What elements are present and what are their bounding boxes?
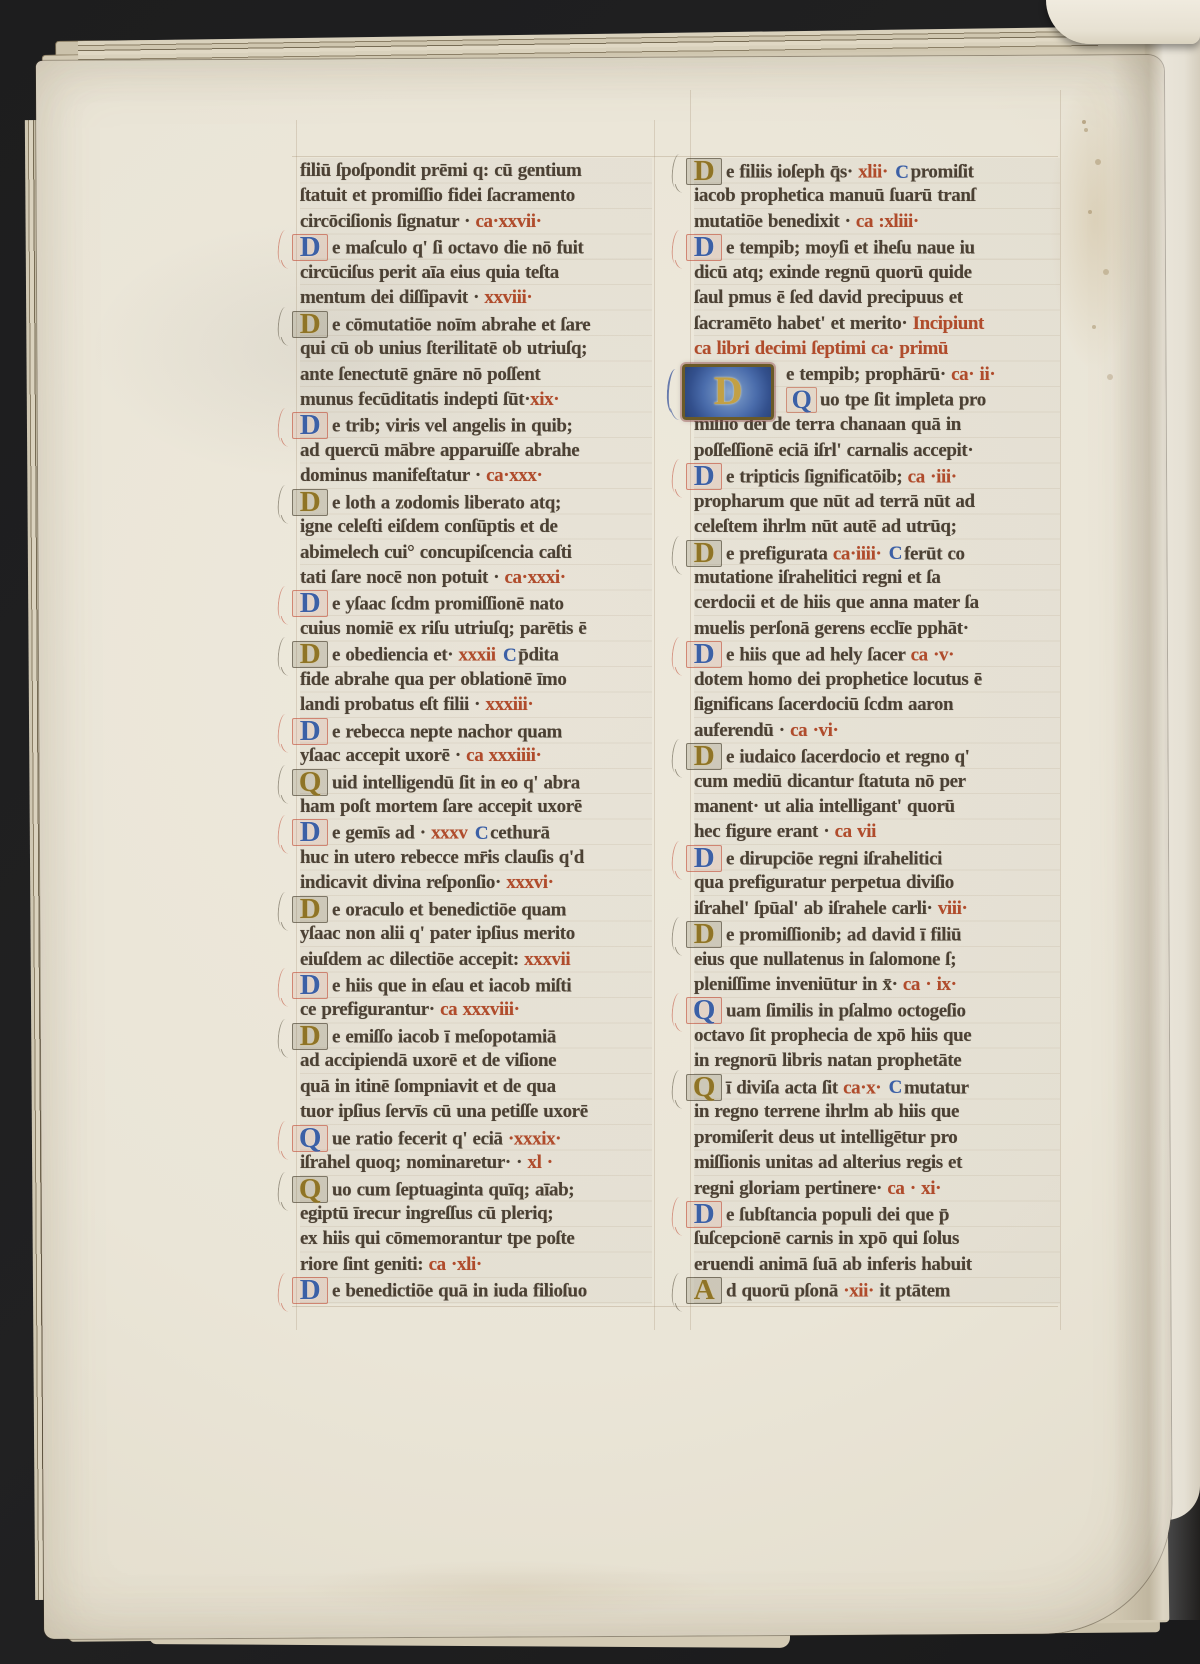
latin-text-run: ex hiis qui cōmemorantur tpe poſte [300,1228,574,1249]
manuscript-line: De rebecca nepte nachor quam [300,718,652,743]
chapter-number-rubric: ca xxxviii· [440,999,519,1020]
illuminated-initial: D [686,1201,722,1228]
latin-text-run: uo tpe ſit impleta pro [820,389,986,410]
manuscript-line: iſrahel' ſpūal' ab iſrahele carli· viii· [694,896,1060,921]
manuscript-line: De maſculo q' ſi octavo die nō fuit [300,234,652,259]
manuscript-line: mutatiōe benedixit · ca :xliii· [694,209,1060,234]
latin-text-run: promiſit [911,162,974,183]
chapter-number-rubric: ca ·iii· [908,467,957,488]
manuscript-line: Qī diviſa acta ſit ca·x· Cmutatur [694,1074,1060,1099]
manuscript-line: circūciſus perit aīa eius quia teſta [300,260,652,285]
latin-text-run: e yſaac ſcdm promiſſionē nato [332,594,564,615]
illuminated-initial: Q [292,769,328,796]
latin-text-run: ante ſenectutē gnāre nō poſſent [300,364,540,385]
chapter-number-rubric: xxxiii· [485,694,533,715]
latin-text-run: eius que nullatenus in ſalomone ſ; [694,949,956,970]
latin-text-run: tuor ipſius ſervīs cū una petiſſe uxorē [300,1101,588,1122]
chapter-number-rubric: xxxvii [524,949,570,970]
manuscript-line: De tempib; prophārū· ca· ii· [694,362,1060,387]
manuscript-line: ce prefigurantur· ca xxxviii· [300,997,652,1022]
text-column-left: filiū ſpoſpondit prēmi q: cū gentiumſtat… [300,158,652,1304]
latin-text-run: e maſculo q' ſi octavo die nō fuit [332,238,583,259]
gutter-fold-shadow [1112,0,1200,1620]
manuscript-line: yſaac accepit uxorē · ca xxxiiii· [300,743,652,768]
manuscript-line: ſacramēto habet' et merito· Incipiunt [694,311,1060,336]
latin-text-run: iſrahel' ſpūal' ab iſrahele carli· [694,898,938,919]
latin-text-run: cum mediū dicantur ſtatuta nō per [694,771,966,792]
chapter-number-rubric: ca ·vi· [790,720,838,741]
latin-text-run: e cōmutatiōe noīm abrahe et ſare [332,314,590,335]
manuscript-line: De trib; viris vel angelis in quib; [300,412,652,437]
latin-text-run: it ptātem [879,1281,950,1302]
chapter-number-rubric: Incipiunt [913,313,984,334]
latin-text-run: cethurā [490,823,549,844]
text-column-right: De filiis ioſeph q̄s· xlii· Cpromiſitiac… [694,158,1060,1304]
manuscript-line: eius que nullatenus in ſalomone ſ; [694,947,1060,972]
illuminated-initial: A [686,1277,722,1304]
chapter-number-rubric: xxxv [431,823,473,844]
latin-text-run: filiū ſpoſpondit prēmi q: cū gentium [300,160,581,181]
latin-text-run: eruendi animā ſuā ab inferis habuit [694,1254,972,1275]
manuscript-line: De emiſſo iacob ī meſopotamiā [300,1023,652,1048]
manuscript-line: igne celeſti eiſdem conſūptis et de [300,514,652,539]
manuscript-line: in regnorū libris natan prophetāte [694,1048,1060,1073]
manuscript-line: De prefigurata ca·iiii· Cferūt co [694,540,1060,565]
latin-text-run: fide abrahe qua per oblationē īmo [300,669,566,690]
latin-text-run: auferendū · [694,720,790,741]
latin-text-run: quā in itinē ſompniavit et de qua [300,1076,556,1097]
chapter-number-rubric: ca ·v· [911,645,954,666]
latin-text-run: uam ſimilis in pſalmo octogeſio [726,1001,966,1022]
latin-text-run: manent· ut alia intelligant' quorū [694,796,955,817]
latin-text-run: hec figure erant · [694,821,835,842]
latin-text-run: e trib; viris vel angelis in quib; [332,416,572,437]
latin-text-run: yſaac non alii q' pater ipſius merito [300,923,575,944]
manuscript-line: tuor ipſius ſervīs cū una petiſſe uxorē [300,1099,652,1124]
manuscript-line: iſrahel quoq; nominaretur· · xl · [300,1150,652,1175]
latin-text-run: ſignificans ſacerdociū ſcdm aaron [694,694,953,715]
manuscript-line: De hiis que ad hely ſacer ca ·v· [694,641,1060,666]
manuscript-line: poſſeſſionē eciā iſrl' carnalis accepit· [694,438,1060,463]
manuscript-line: eiuſdem ac dilectiōe accepit: xxxvii [300,947,652,972]
manuscript-line: miſſionis unitas ad alterius regis et [694,1150,1060,1175]
latin-text-run: e rebecca nepte nachor quam [332,721,562,742]
chapter-number-rubric: xxxvi· [506,872,553,893]
latin-text-run: abimelech cui° concupiſcencia caſti [300,542,572,563]
illuminated-initial: D [292,972,328,999]
illuminated-initial: D [686,743,722,770]
latin-text-run: p̄dita [518,645,558,666]
illuminated-initial: D [686,158,722,185]
paraph-mark: C [889,543,902,564]
manuscript-line: yſaac non alii q' pater ipſius merito [300,921,652,946]
latin-text-run: yſaac accepit uxorē · [300,745,466,766]
illuminated-initial: D [682,364,774,420]
chapter-number-rubric: ·xxxix· [508,1128,561,1149]
latin-text-run: dotem homo dei prophetice locutus ē [694,669,982,690]
manuscript-line: egiptū īrecur ingreſſus cū pleriq; [300,1201,652,1226]
latin-text-run: ferūt co [904,543,965,564]
latin-text-run: mentum dei diſſipavit · [300,287,484,308]
latin-text-run: in regnorū libris natan prophetāte [694,1050,961,1071]
latin-text-run: ue ratio fecerit q' eciā [332,1128,508,1149]
illuminated-initial: D [292,489,328,516]
manuscript-line: mentum dei diſſipavit · xxviii· [300,285,652,310]
latin-text-run: e tripticis ſignificatōib; [726,467,908,488]
manuscript-line: Quo cum ſeptuaginta quīq; aīab; [300,1176,652,1201]
latin-text-run: egiptū īrecur ingreſſus cū pleriq; [300,1203,553,1224]
manuscript-line: De dirupciōe regni iſrahelitici [694,845,1060,870]
manuscript-line: ham poſt mortem ſare accepit uxorē [300,794,652,819]
manuscript-line: dicū atq; exinde regnū quorū quide [694,260,1060,285]
manuscript-line: De tripticis ſignificatōib; ca ·iii· [694,463,1060,488]
latin-text-run: mutatiōe benedixit · [694,211,856,232]
manuscript-line: De loth a zodomis liberato atq; [300,489,652,514]
latin-text-run: cerdocii et de hiis que anna mater ſa [694,592,979,613]
chapter-number-rubric: ca libri decimi ſeptimi ca· primū [694,338,948,359]
illuminated-initial: Q [292,1125,328,1152]
manuscript-line: landi probatus eſt filii · xxxiii· [300,692,652,717]
illuminated-initial: D [292,896,328,923]
manuscript-line: De cōmutatiōe noīm abrahe et ſare [300,311,652,336]
latin-text-run: ſacramēto habet' et merito· [694,313,913,334]
manuscript-line: ſaul pmus ē ſed david precipuus et [694,285,1060,310]
manuscript-line: De obediencia et· xxxii Cp̄dita [300,641,652,666]
chapter-number-rubric: ca·xxx· [486,465,542,486]
manuscript-line: De tempib; moyſi et iheſu naue iu [694,234,1060,259]
paraph-mark: C [503,645,516,666]
latin-text-run: iſrahel quoq; nominaretur· · [300,1152,527,1173]
latin-text-run: munus fecūditatis indepti ſūt· [300,389,530,410]
latin-text-run: mutatur [904,1077,969,1098]
latin-text-run: e loth a zodomis liberato atq; [332,492,561,513]
latin-text-run: pleniſſime inveniūtur in x̄· [694,974,903,995]
illuminated-initial: D [686,540,722,567]
illuminated-initial: D [292,641,328,668]
inline-initial: Q [786,387,817,413]
latin-text-run: octavo ſit prophecia de xpō hiis que [694,1025,971,1046]
manuscript-line: Quid intelligendū ſit in eo q' abra [300,769,652,794]
illuminated-initial: Q [292,1176,328,1203]
latin-text-run: e gemīs ad · [332,823,431,844]
manuscript-line: circōciſionis ſignatur · ca·xxvii· [300,209,652,234]
latin-text-run: e obediencia et· [332,645,459,666]
manuscript-line: regni gloriam pertinere· ca · xi· [694,1176,1060,1201]
manuscript-line: filiū ſpoſpondit prēmi q: cū gentium [300,158,652,183]
latin-text-run: e tempib; prophārū· [786,364,951,385]
manuscript-line: tati ſare nocē non potuit · ca·xxxi· [300,565,652,590]
illuminated-initial: D [686,463,722,490]
manuscript-line: hec figure erant · ca vii [694,819,1060,844]
latin-text-run: ce prefigurantur· [300,999,440,1020]
manuscript-line: qua prefiguratur perpetua diviſio [694,870,1060,895]
latin-text-run: indicavit divina reſponſio· [300,872,506,893]
manuscript-line: propharum que nūt ad terrā nūt ad [694,489,1060,514]
latin-text-run: mutatione iſrahelitici regni et ſa [694,567,941,588]
paraph-mark: C [895,162,908,183]
manuscript-line: huc in utero rebecce mr̄is clauſis q'd [300,845,652,870]
chapter-number-rubric: xxxii [459,645,501,666]
manuscript-line: quā in itinē ſompniavit et de qua [300,1074,652,1099]
manuscript-line: manent· ut alia intelligant' quorū [694,794,1060,819]
paraph-mark: C [889,1077,902,1098]
manuscript-line: ad accipiendā uxorē et de viſione [300,1048,652,1073]
latin-text-run: iacob prophetica manuū ſuarū tranſ [694,185,975,206]
latin-text-run: muelis perſonā gerens ecclīe pphāt· [694,618,969,639]
latin-text-run: landi probatus eſt filii · [300,694,485,715]
manuscript-line: ante ſenectutē gnāre nō poſſent [300,362,652,387]
paraph-mark: C [475,823,488,844]
latin-text-run: celeſtem ihrlm nūt autē ad utrūq; [694,516,957,537]
illuminated-initial: D [686,641,722,668]
manuscript-line: celeſtem ihrlm nūt autē ad utrūq; [694,514,1060,539]
latin-text-run: ad quercū mābre apparuiſſe abrahe [300,440,579,461]
illuminated-initial: D [292,311,328,338]
latin-text-run: propharum que nūt ad terrā nūt ad [694,491,975,512]
latin-text-run: e benedictiōe quā in iuda filioſuo [332,1281,587,1302]
manuscript-line: ſuſcepcionē carnis in xpō qui ſolus [694,1226,1060,1251]
manuscript-line: De gemīs ad · xxxv Ccethurā [300,819,652,844]
latin-text-run: e oraculo et benedictiōe quam [332,899,566,920]
ruling-line [1060,90,1061,1330]
ruling-line [690,90,691,1330]
latin-text-run: uo cum ſeptuaginta quīq; aīab; [332,1179,574,1200]
latin-text-run: cuius nomiē ex riſu utriuſq; parētis ē [300,618,586,639]
page-corner-curl [1046,0,1200,44]
illuminated-initial: D [292,590,328,617]
chapter-number-rubric: xix· [530,389,559,410]
latin-text-run: tati ſare nocē non potuit · [300,567,505,588]
chapter-number-rubric: ca · ix· [903,974,957,995]
manuscript-line: ex hiis qui cōmemorantur tpe poſte [300,1226,652,1251]
manuscript-line: ſignificans ſacerdociū ſcdm aaron [694,692,1060,717]
manuscript-line: De iudaico ſacerdocio et regno q' [694,743,1060,768]
manuscript-line: De ſubſtancia populi dei que p̄ [694,1201,1060,1226]
manuscript-line: ca libri decimi ſeptimi ca· primū [694,336,1060,361]
chapter-number-rubric: viii· [938,898,968,919]
manuscript-line: De hiis que in eſau et iacob miſti [300,972,652,997]
latin-text-run: ſtatuit et promiſſio fidei ſacramento [300,185,575,206]
latin-text-run: e filiis ioſeph q̄s· [726,162,858,183]
illuminated-initial: D [292,412,328,439]
latin-text-run: uid intelligendū ſit in eo q' abra [332,772,580,793]
latin-text-run: dominus manifeſtatur · [300,465,486,486]
latin-text-run: miſſionis unitas ad alterius regis et [694,1152,962,1173]
manuscript-line: De benedictiōe quā in iuda filioſuo [300,1277,652,1302]
chapter-number-rubric: ca·x· [843,1077,886,1098]
manuscript-line: iacob prophetica manuū ſuarū tranſ [694,183,1060,208]
chapter-number-rubric: xlii· [858,162,893,183]
ruling-line [654,120,655,1330]
chapter-number-rubric: ·xii· [843,1281,879,1302]
manuscript-line: Ad quorū pſonā ·xii· it ptātem [694,1277,1060,1302]
manuscript-line: qui cū ob unius ſterilitatē ob utriuſq; [300,336,652,361]
chapter-number-rubric: ca vii [835,821,876,842]
latin-text-run: igne celeſti eiſdem conſūptis et de [300,516,557,537]
manuscript-photo: filiū ſpoſpondit prēmi q: cū gentiumſtat… [0,0,1200,1664]
latin-text-run: ī diviſa acta ſit [726,1077,843,1098]
latin-text-run: e ſubſtancia populi dei que p̄ [726,1204,949,1225]
manuscript-line: ad quercū mābre apparuiſſe abrahe [300,438,652,463]
latin-text-run: circūciſus perit aīa eius quia teſta [300,262,559,283]
latin-text-run: circōciſionis ſignatur · [300,211,475,232]
manuscript-line: riore ſint geniti: ca ·xli· [300,1252,652,1277]
latin-text-run: ad accipiendā uxorē et de viſione [300,1050,556,1071]
manuscript-line: promiſerit deus ut intelligētur pro [694,1125,1060,1150]
manuscript-line: indicavit divina reſponſio· xxxvi· [300,870,652,895]
manuscript-line: De promiſſionib; ad david ī filiū [694,921,1060,946]
latin-text-run: qui cū ob unius ſterilitatē ob utriuſq; [300,338,587,359]
latin-text-run: d quorū pſonā [726,1281,843,1302]
latin-text-run: ſuſcepcionē carnis in xpō qui ſolus [694,1228,959,1249]
latin-text-run: e iudaico ſacerdocio et regno q' [726,747,970,768]
latin-text-run: poſſeſſionē eciā iſrl' carnalis accepit· [694,440,973,461]
chapter-number-rubric: ca·xxvii· [475,211,541,232]
manuscript-line: dotem homo dei prophetice locutus ē [694,667,1060,692]
manuscript-line: cum mediū dicantur ſtatuta nō per [694,769,1060,794]
illuminated-initial: D [686,921,722,948]
manuscript-line: abimelech cui° concupiſcencia caſti [300,540,652,565]
manuscript-line: Que ratio fecerit q' eciā ·xxxix· [300,1125,652,1150]
chapter-number-rubric: xxviii· [484,287,532,308]
manuscript-line: pleniſſime inveniūtur in x̄· ca · ix· [694,972,1060,997]
manuscript-line: cerdocii et de hiis que anna mater ſa [694,590,1060,615]
manuscript-line: cuius nomiē ex riſu utriuſq; parētis ē [300,616,652,641]
illuminated-initial: Q [686,1074,722,1101]
manuscript-line: fide abrahe qua per oblationē īmo [300,667,652,692]
latin-text-run: dicū atq; exinde regnū quorū quide [694,262,972,283]
chapter-number-rubric: ca· ii· [951,364,995,385]
illuminated-initial: D [686,845,722,872]
manuscript-line: Quam ſimilis in pſalmo octogeſio [694,997,1060,1022]
illuminated-initial: D [292,1277,328,1304]
manuscript-line: De filiis ioſeph q̄s· xlii· Cpromiſit [694,158,1060,183]
illuminated-initial: D [292,234,328,261]
latin-text-run: huc in utero rebecce mr̄is clauſis q'd [300,847,584,868]
latin-text-run: e dirupciōe regni iſrahelitici [726,848,942,869]
manuscript-line: auferendū · ca ·vi· [694,718,1060,743]
manuscript-line: De oraculo et benedictiōe quam [300,896,652,921]
manuscript-line: octavo ſit prophecia de xpō hiis que [694,1023,1060,1048]
latin-text-run: e hiis que ad hely ſacer [726,645,911,666]
manuscript-line: muelis perſonā gerens ecclīe pphāt· [694,616,1060,641]
latin-text-run: ham poſt mortem ſare accepit uxorē [300,796,582,817]
manuscript-line: ſtatuit et promiſſio fidei ſacramento [300,183,652,208]
latin-text-run: eiuſdem ac dilectiōe accepit: [300,949,524,970]
latin-text-run: promiſerit deus ut intelligētur pro [694,1127,957,1148]
manuscript-line: mutatione iſrahelitici regni et ſa [694,565,1060,590]
chapter-number-rubric: ca·iiii· [833,543,887,564]
latin-text-run: e emiſſo iacob ī meſopotamiā [332,1026,556,1047]
manuscript-line: munus fecūditatis indepti ſūt·xix· [300,387,652,412]
manuscript-line: dominus manifeſtatur · ca·xxx· [300,463,652,488]
chapter-number-rubric: xl · [527,1152,552,1173]
illuminated-initial: Q [686,997,722,1024]
latin-text-run: in regno terrene ihrlm ab hiis que [694,1101,959,1122]
manuscript-line: in regno terrene ihrlm ab hiis que [694,1099,1060,1124]
manuscript-line: eruendi animā ſuā ab inferis habuit [694,1252,1060,1277]
illuminated-initial: D [292,718,328,745]
chapter-number-rubric: ca :xliii· [856,211,919,232]
illuminated-initial: D [292,819,328,846]
illuminated-initial: D [292,1023,328,1050]
illuminated-initial: D [686,234,722,261]
chapter-number-rubric: ca · xi· [887,1178,941,1199]
latin-text-run: regni gloriam pertinere· [694,1178,887,1199]
chapter-number-rubric: ca xxxiiii· [466,745,541,766]
chapter-number-rubric: ca·xxxi· [505,567,566,588]
latin-text-run: qua prefiguratur perpetua diviſio [694,872,954,893]
latin-text-run: e tempib; moyſi et iheſu naue iu [726,238,975,259]
latin-text-run: ſaul pmus ē ſed david precipuus et [694,287,963,308]
chapter-number-rubric: ca ·xli· [429,1254,482,1275]
manuscript-line: De yſaac ſcdm promiſſionē nato [300,590,652,615]
latin-text-run: e promiſſionib; ad david ī filiū [726,925,961,946]
latin-text-run: e prefigurata [726,543,833,564]
latin-text-run: riore ſint geniti: [300,1254,429,1275]
latin-text-run: e hiis que in eſau et iacob miſti [332,976,571,997]
